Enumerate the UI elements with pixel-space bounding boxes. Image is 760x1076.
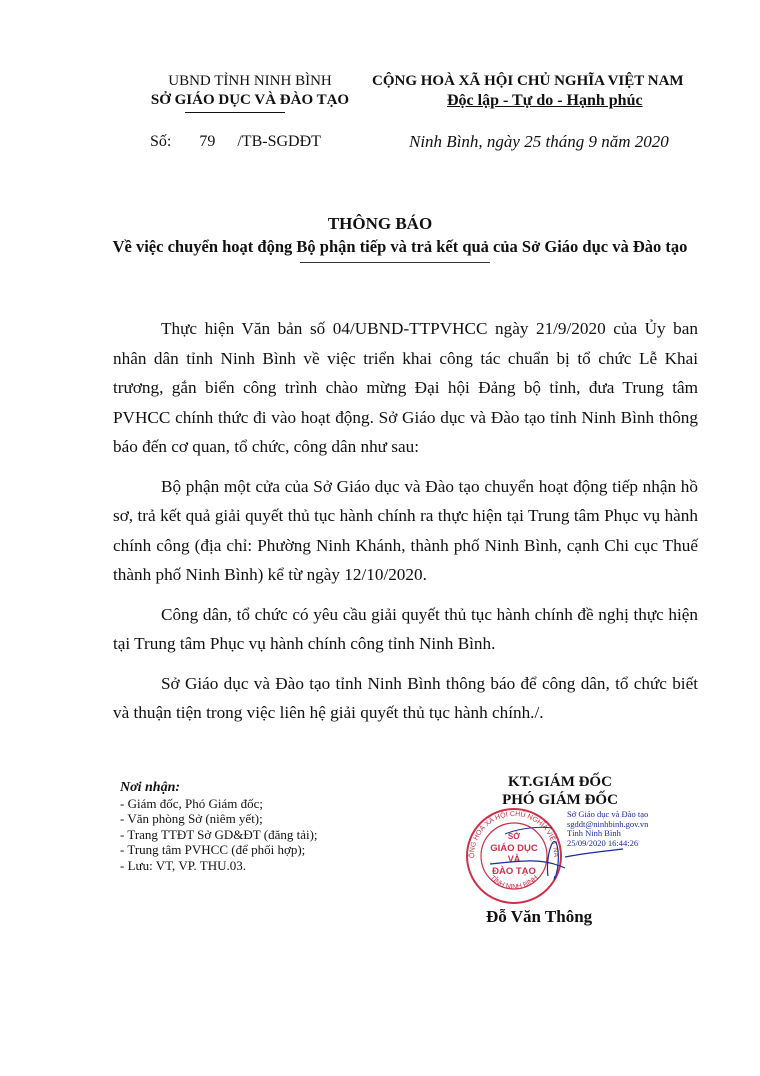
recipient-item: - Lưu: VT, VP. THU.03. (120, 858, 318, 874)
paragraph: Thực hiện Văn bản số 04/UBND-TTPVHCC ngà… (113, 314, 698, 462)
national-header-block: CỘNG HOÀ XÃ HỘI CHỦ NGHĨA VIỆT NAM Độc l… (360, 72, 720, 111)
subtitle-underline (300, 262, 490, 263)
department-underline (185, 112, 285, 113)
svg-text:SỞ: SỞ (508, 832, 520, 841)
paragraph: Sở Giáo dục và Đào tạo tỉnh Ninh Bình th… (113, 669, 698, 728)
paragraph: Công dân, tổ chức có yêu cầu giải quyết … (113, 600, 698, 659)
signer-name: Đỗ Văn Thông (486, 907, 592, 927)
paragraph: Bộ phận một cửa của Sở Giáo dục và Đào t… (113, 472, 698, 590)
signature-stroke-icon (565, 845, 625, 865)
national-motto: Độc lập - Tự do - Hạnh phúc (360, 91, 720, 111)
number-value: 79 (199, 133, 215, 151)
svg-text:GIÁO DỤC: GIÁO DỤC (490, 843, 538, 854)
signature-title-block: KT.GIÁM ĐỐC PHÓ GIÁM ĐỐC (490, 773, 630, 809)
official-seal-icon: CỘNG HOÀ XÃ HỘI CHỦ NGHĨA VIỆT NAM TỈNH … (460, 806, 568, 906)
recipients-title: Nơi nhận: (120, 780, 318, 796)
digital-signature-info: Sở Giáo dục và Đào tạo sgddt@ninhbinh.go… (567, 810, 648, 848)
recipient-item: - Trung tâm PVHCC (để phối hợp); (120, 842, 318, 858)
svg-text:ĐÀO TẠO: ĐÀO TẠO (492, 866, 536, 877)
number-label: Số: (150, 133, 171, 151)
number-suffix: /TB-SGDĐT (237, 133, 321, 151)
place-date: Ninh Bình, ngày 25 tháng 9 năm 2020 (409, 132, 669, 152)
document-subtitle: Về việc chuyển hoạt động Bộ phận tiếp và… (0, 237, 760, 257)
issuing-authority-block: UBND TỈNH NINH BÌNH SỞ GIÁO DỤC VÀ ĐÀO T… (130, 72, 370, 110)
country-name: CỘNG HOÀ XÃ HỘI CHỦ NGHĨA VIỆT NAM (360, 72, 720, 91)
document-title: THÔNG BÁO (0, 214, 760, 234)
department-name: SỞ GIÁO DỤC VÀ ĐÀO TẠO (130, 91, 370, 110)
recipient-item: - Trang TTĐT Sở GD&ĐT (đăng tải); (120, 827, 318, 843)
recipient-item: - Giám đốc, Phó Giám đốc; (120, 796, 318, 812)
signer-title-1: KT.GIÁM ĐỐC (490, 773, 630, 791)
recipients-block: Nơi nhận: - Giám đốc, Phó Giám đốc; - Vă… (120, 780, 318, 873)
document-number: Số: 79 /TB-SGDĐT (150, 133, 321, 151)
authority-name: UBND TỈNH NINH BÌNH (130, 72, 370, 91)
document-body: Thực hiện Văn bản số 04/UBND-TTPVHCC ngà… (113, 314, 698, 738)
recipient-item: - Văn phòng Sở (niêm yết); (120, 811, 318, 827)
